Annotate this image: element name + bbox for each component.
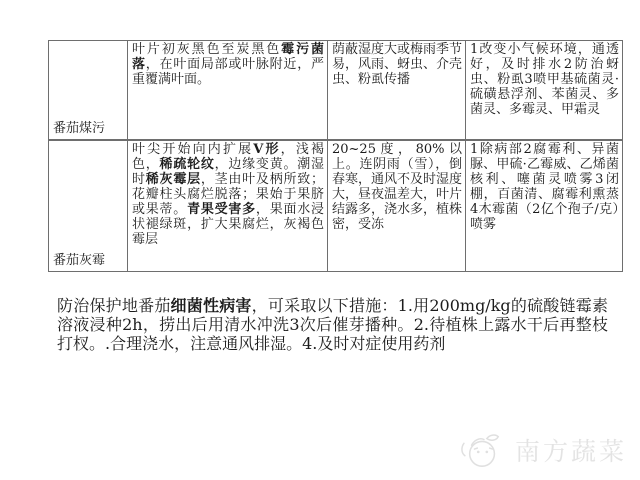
symptoms-cell: 叶尖开始向内扩展V形，浅褐色，稀疏轮纹，边缘变黄。潮湿时稀灰霉层，茎由叶及柄所致… — [128, 140, 328, 272]
control-cell: 1改变小气候环境，通透好，及时排水2防治蚜虫、粉虱3喷甲基硫菌灵·硫磺悬浮剂、苯… — [466, 41, 623, 141]
conditions-cell: 荫蔽湿度大或梅雨季节易，风雨、蚜虫、介壳虫、粉虱传播 — [328, 41, 466, 141]
table-row-sooty-mold: 番茄煤污 叶片初灰黑色至炭黑色霉污菌落，在叶面局部或叶脉附近，严重覆满叶面。 荫… — [49, 41, 623, 141]
bacterial-disease-note: 防治保护地番茄细菌性病害，可采取以下措施：1.用200mg/kg的硫酸链霉素溶液… — [57, 296, 608, 353]
control-cell: 1除病部2腐霉利、异菌脲、甲硫·乙霉威、乙烯菌核利、噻菌灵喷雾3闭棚，百菌清、腐… — [466, 140, 623, 272]
disease-table: 番茄煤污 叶片初灰黑色至炭黑色霉污菌落，在叶面局部或叶脉附近，严重覆满叶面。 荫… — [48, 40, 623, 272]
disease-name-cell: 番茄煤污 — [49, 41, 128, 141]
watermark: 南方蔬菜 — [458, 430, 627, 470]
conditions-cell: 20~25度，80%以上。连阴雨（雪），倒春寒，通风不及时湿度大，昼夜温差大，叶… — [328, 140, 466, 272]
watermark-text: 南方蔬菜 — [515, 432, 627, 468]
symptoms-cell: 叶片初灰黑色至炭黑色霉污菌落，在叶面局部或叶脉附近，严重覆满叶面。 — [128, 41, 328, 141]
disease-name-cell: 番茄灰霉 — [49, 140, 128, 272]
disease-name-label: 番茄煤污 — [53, 121, 105, 136]
disease-name-label: 番茄灰霉 — [53, 253, 105, 268]
document-page: { "table": { "columns": ["disease-name",… — [0, 0, 640, 480]
vegetable-face-icon — [458, 430, 508, 470]
table-row-gray-mold: 番茄灰霉 叶尖开始向内扩展V形，浅褐色，稀疏轮纹，边缘变黄。潮湿时稀灰霉层，茎由… — [49, 140, 623, 272]
